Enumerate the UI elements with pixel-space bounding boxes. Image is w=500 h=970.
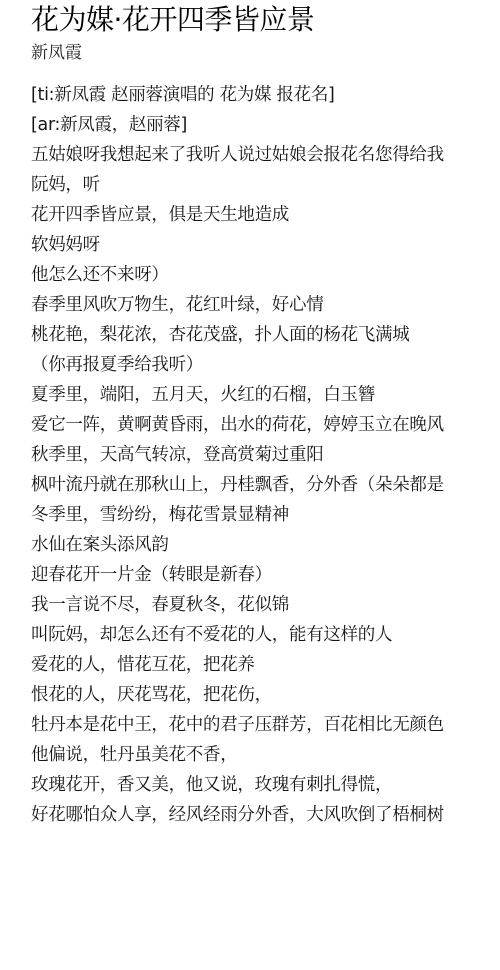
- lyric-line: 秋季里，天高气转凉，登高赏菊过重阳: [31, 440, 444, 470]
- lyric-line: 爱花的人，惜花互花，把花养: [31, 650, 444, 680]
- lyric-line: 好花哪怕众人享，经风经雨分外香，大风吹倒了梧桐树: [31, 800, 444, 830]
- lyric-line: 恨花的人，厌花骂花，把花伤，: [31, 680, 444, 710]
- lyric-line: [ar:新凤霞，赵丽蓉]: [31, 110, 444, 140]
- lyric-line: 玫瑰花开，香又美，他又说，玫瑰有刺扎得慌，: [31, 770, 444, 800]
- lyric-line: 我一言说不尽，春夏秋冬，花似锦: [31, 590, 444, 620]
- lyric-line: 爱它一阵，黄啊黄昏雨，出水的荷花，婷婷玉立在晚风: [31, 410, 444, 440]
- lyric-line: 五姑娘呀我想起来了我听人说过姑娘会报花名您得给我: [31, 140, 444, 170]
- lyric-line: 水仙在案头添风韵: [31, 530, 444, 560]
- lyric-line: 软妈妈呀: [31, 230, 444, 260]
- song-title: 花为媒·花开四季皆应景: [31, 2, 314, 38]
- lyric-line: 他偏说，牡丹虽美花不香，: [31, 740, 444, 770]
- lyric-line: 迎春花开一片金（转眼是新春）: [31, 560, 444, 590]
- lyric-line: 冬季里，雪纷纷，梅花雪景显精神: [31, 500, 444, 530]
- lyrics-list: [ti:新凤霞 赵丽蓉演唱的 花为媒 报花名] [ar:新凤霞，赵丽蓉] 五姑娘…: [31, 80, 444, 830]
- lyric-line: 枫叶流丹就在那秋山上，丹桂飘香，分外香（朵朵都是: [31, 470, 444, 500]
- lyric-line: 夏季里，端阳，五月天，火红的石榴，白玉簪: [31, 380, 444, 410]
- lyric-line: 他怎么还不来呀）: [31, 260, 444, 290]
- lyric-line: [ti:新凤霞 赵丽蓉演唱的 花为媒 报花名]: [31, 80, 444, 110]
- lyric-line: 叫阮妈，却怎么还有不爱花的人，能有这样的人: [31, 620, 444, 650]
- artist-name: 新凤霞: [31, 41, 82, 65]
- lyric-line: 阮妈，听: [31, 170, 444, 200]
- lyric-line: 春季里风吹万物生，花红叶绿，好心情: [31, 290, 444, 320]
- lyric-line: 牡丹本是花中王，花中的君子压群芳，百花相比无颜色: [31, 710, 444, 740]
- lyric-line: （你再报夏季给我听）: [31, 350, 444, 380]
- lyric-line: 桃花艳，梨花浓，杏花茂盛，扑人面的杨花飞满城: [31, 320, 444, 350]
- lyric-line: 花开四季皆应景，俱是天生地造成: [31, 200, 444, 230]
